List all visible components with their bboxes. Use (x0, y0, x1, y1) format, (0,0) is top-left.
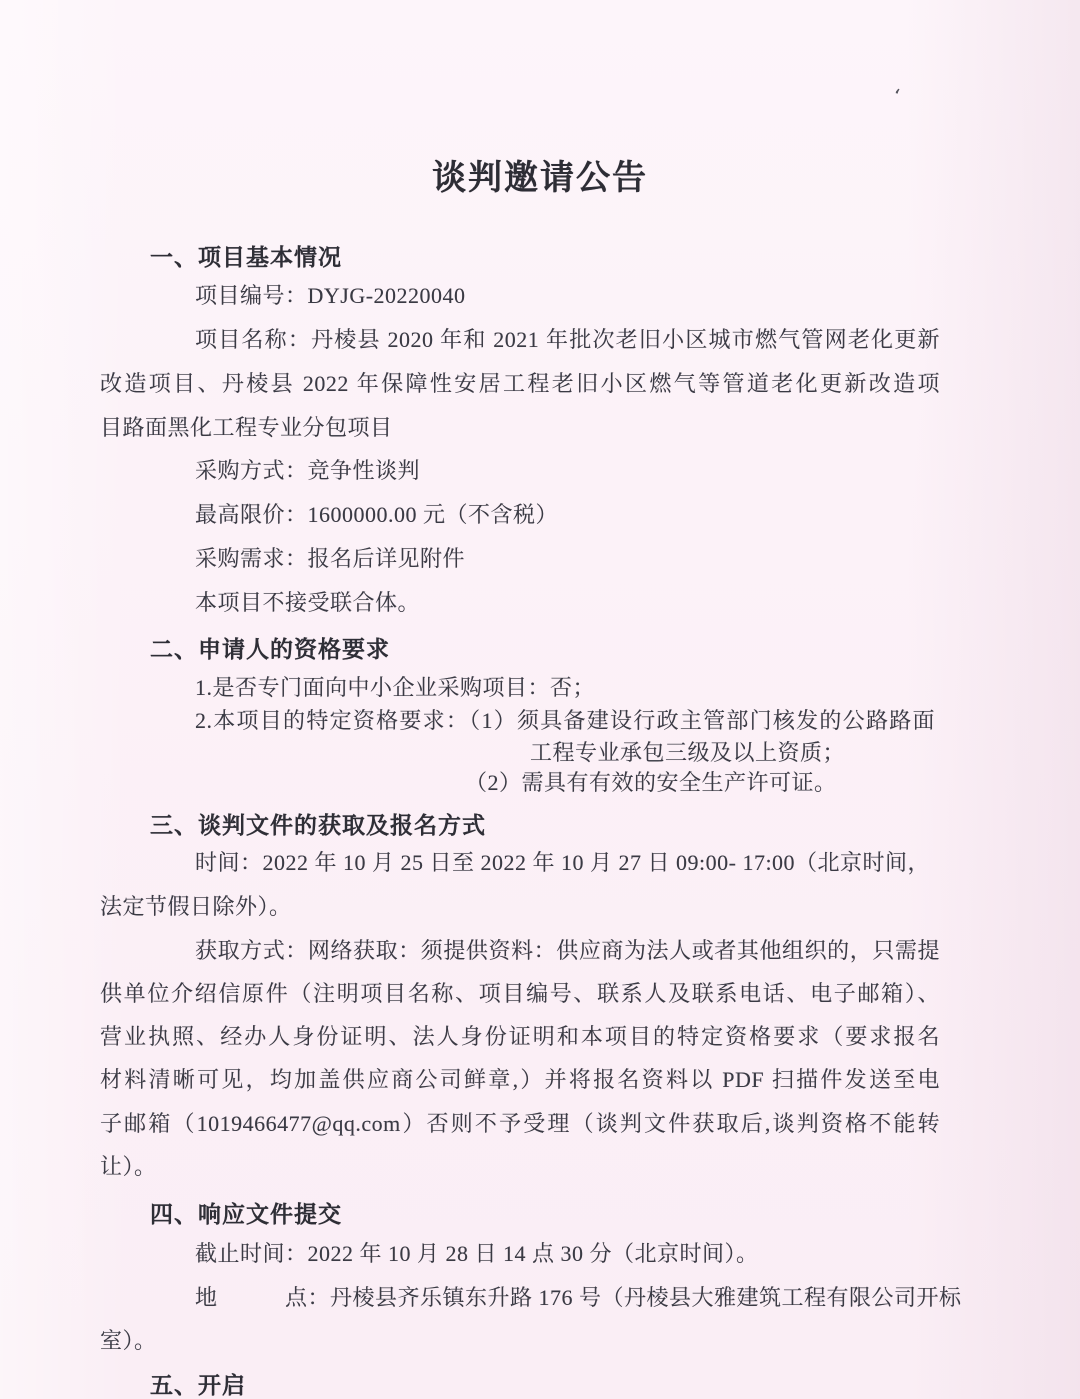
procurement-method-line: 采购方式：竞争性谈判 (195, 456, 420, 486)
project-name-line-3: 目路面黑化工程专业分包项目 (100, 413, 393, 443)
procurement-requirement-line: 采购需求：报名后详见附件 (195, 544, 465, 574)
qualification-item-2-sub2: （2）需具有有效的安全生产许可证。 (465, 768, 837, 798)
scanned-document-page: ʻ 谈判邀请公告 一、项目基本情况 项目编号：DYJG-20220040 项目名… (0, 0, 1080, 1399)
no-consortium-line: 本项目不接受联合体。 (195, 588, 420, 618)
acquisition-method-line-4: 材料清晰可见，均加盖供应商公司鲜章,）并将报名资料以 PDF 扫描件发送至电 (100, 1065, 940, 1095)
submission-place-line-1: 地 点：丹棱县齐乐镇东升路 176 号（丹棱县大雅建筑工程有限公司开标 (195, 1283, 962, 1313)
qualification-item-2-cont: 工程专业承包三级及以上资质； (530, 738, 845, 768)
submission-place-line-2: 室）。 (100, 1326, 157, 1356)
section-heading-project-info: 一、项目基本情况 (150, 239, 342, 272)
acquisition-method-line-2: 供单位介绍信原件（注明项目名称、项目编号、联系人及联系电话、电子邮箱）、 (100, 979, 940, 1009)
section-heading-document-acquisition: 三、谈判文件的获取及报名方式 (150, 807, 486, 840)
qualification-item-2: 2.本项目的特定资格要求：（1）须具备建设行政主管部门核发的公路路面 (195, 706, 935, 736)
project-number-line: 项目编号：DYJG-20220040 (195, 281, 466, 311)
max-price-line: 最高限价：1600000.00 元（不含税） (195, 500, 558, 530)
acquisition-time-line-2: 法定节假日除外）。 (100, 892, 292, 922)
acquisition-method-line-5: 子邮箱（1019466477@qq.com）否则不予受理（谈判文件获取后,谈判资… (100, 1109, 940, 1139)
qualification-item-1: 1.是否专门面向中小企业采购项目：否； (195, 673, 595, 703)
acquisition-time-line-1: 时间：2022 年 10 月 25 日至 2022 年 10 月 27 日 09… (195, 848, 930, 878)
acquisition-method-line-1: 获取方式：网络获取：须提供资料：供应商为法人或者其他组织的，只需提 (195, 936, 940, 966)
project-name-line-2: 改造项目、丹棱县 2022 年保障性安居工程老旧小区燃气等管道老化更新改造项 (100, 369, 940, 399)
section-heading-opening: 五、开启 (150, 1367, 246, 1399)
section-heading-response-submission: 四、响应文件提交 (150, 1196, 342, 1229)
section-heading-qualification: 二、申请人的资格要求 (150, 631, 390, 664)
project-name-line-1: 项目名称：丹棱县 2020 年和 2021 年批次老旧小区城市燃气管网老化更新 (195, 325, 940, 355)
ink-speck: ʻ (891, 84, 920, 114)
acquisition-method-line-6: 让）。 (100, 1152, 157, 1182)
acquisition-method-line-3: 营业执照、经办人身份证明、法人身份证明和本项目的特定资格要求（要求报名 (100, 1022, 940, 1052)
document-title: 谈判邀请公告 (0, 150, 1080, 199)
submission-deadline-line: 截止时间：2022 年 10 月 28 日 14 点 30 分（北京时间）。 (195, 1239, 759, 1269)
